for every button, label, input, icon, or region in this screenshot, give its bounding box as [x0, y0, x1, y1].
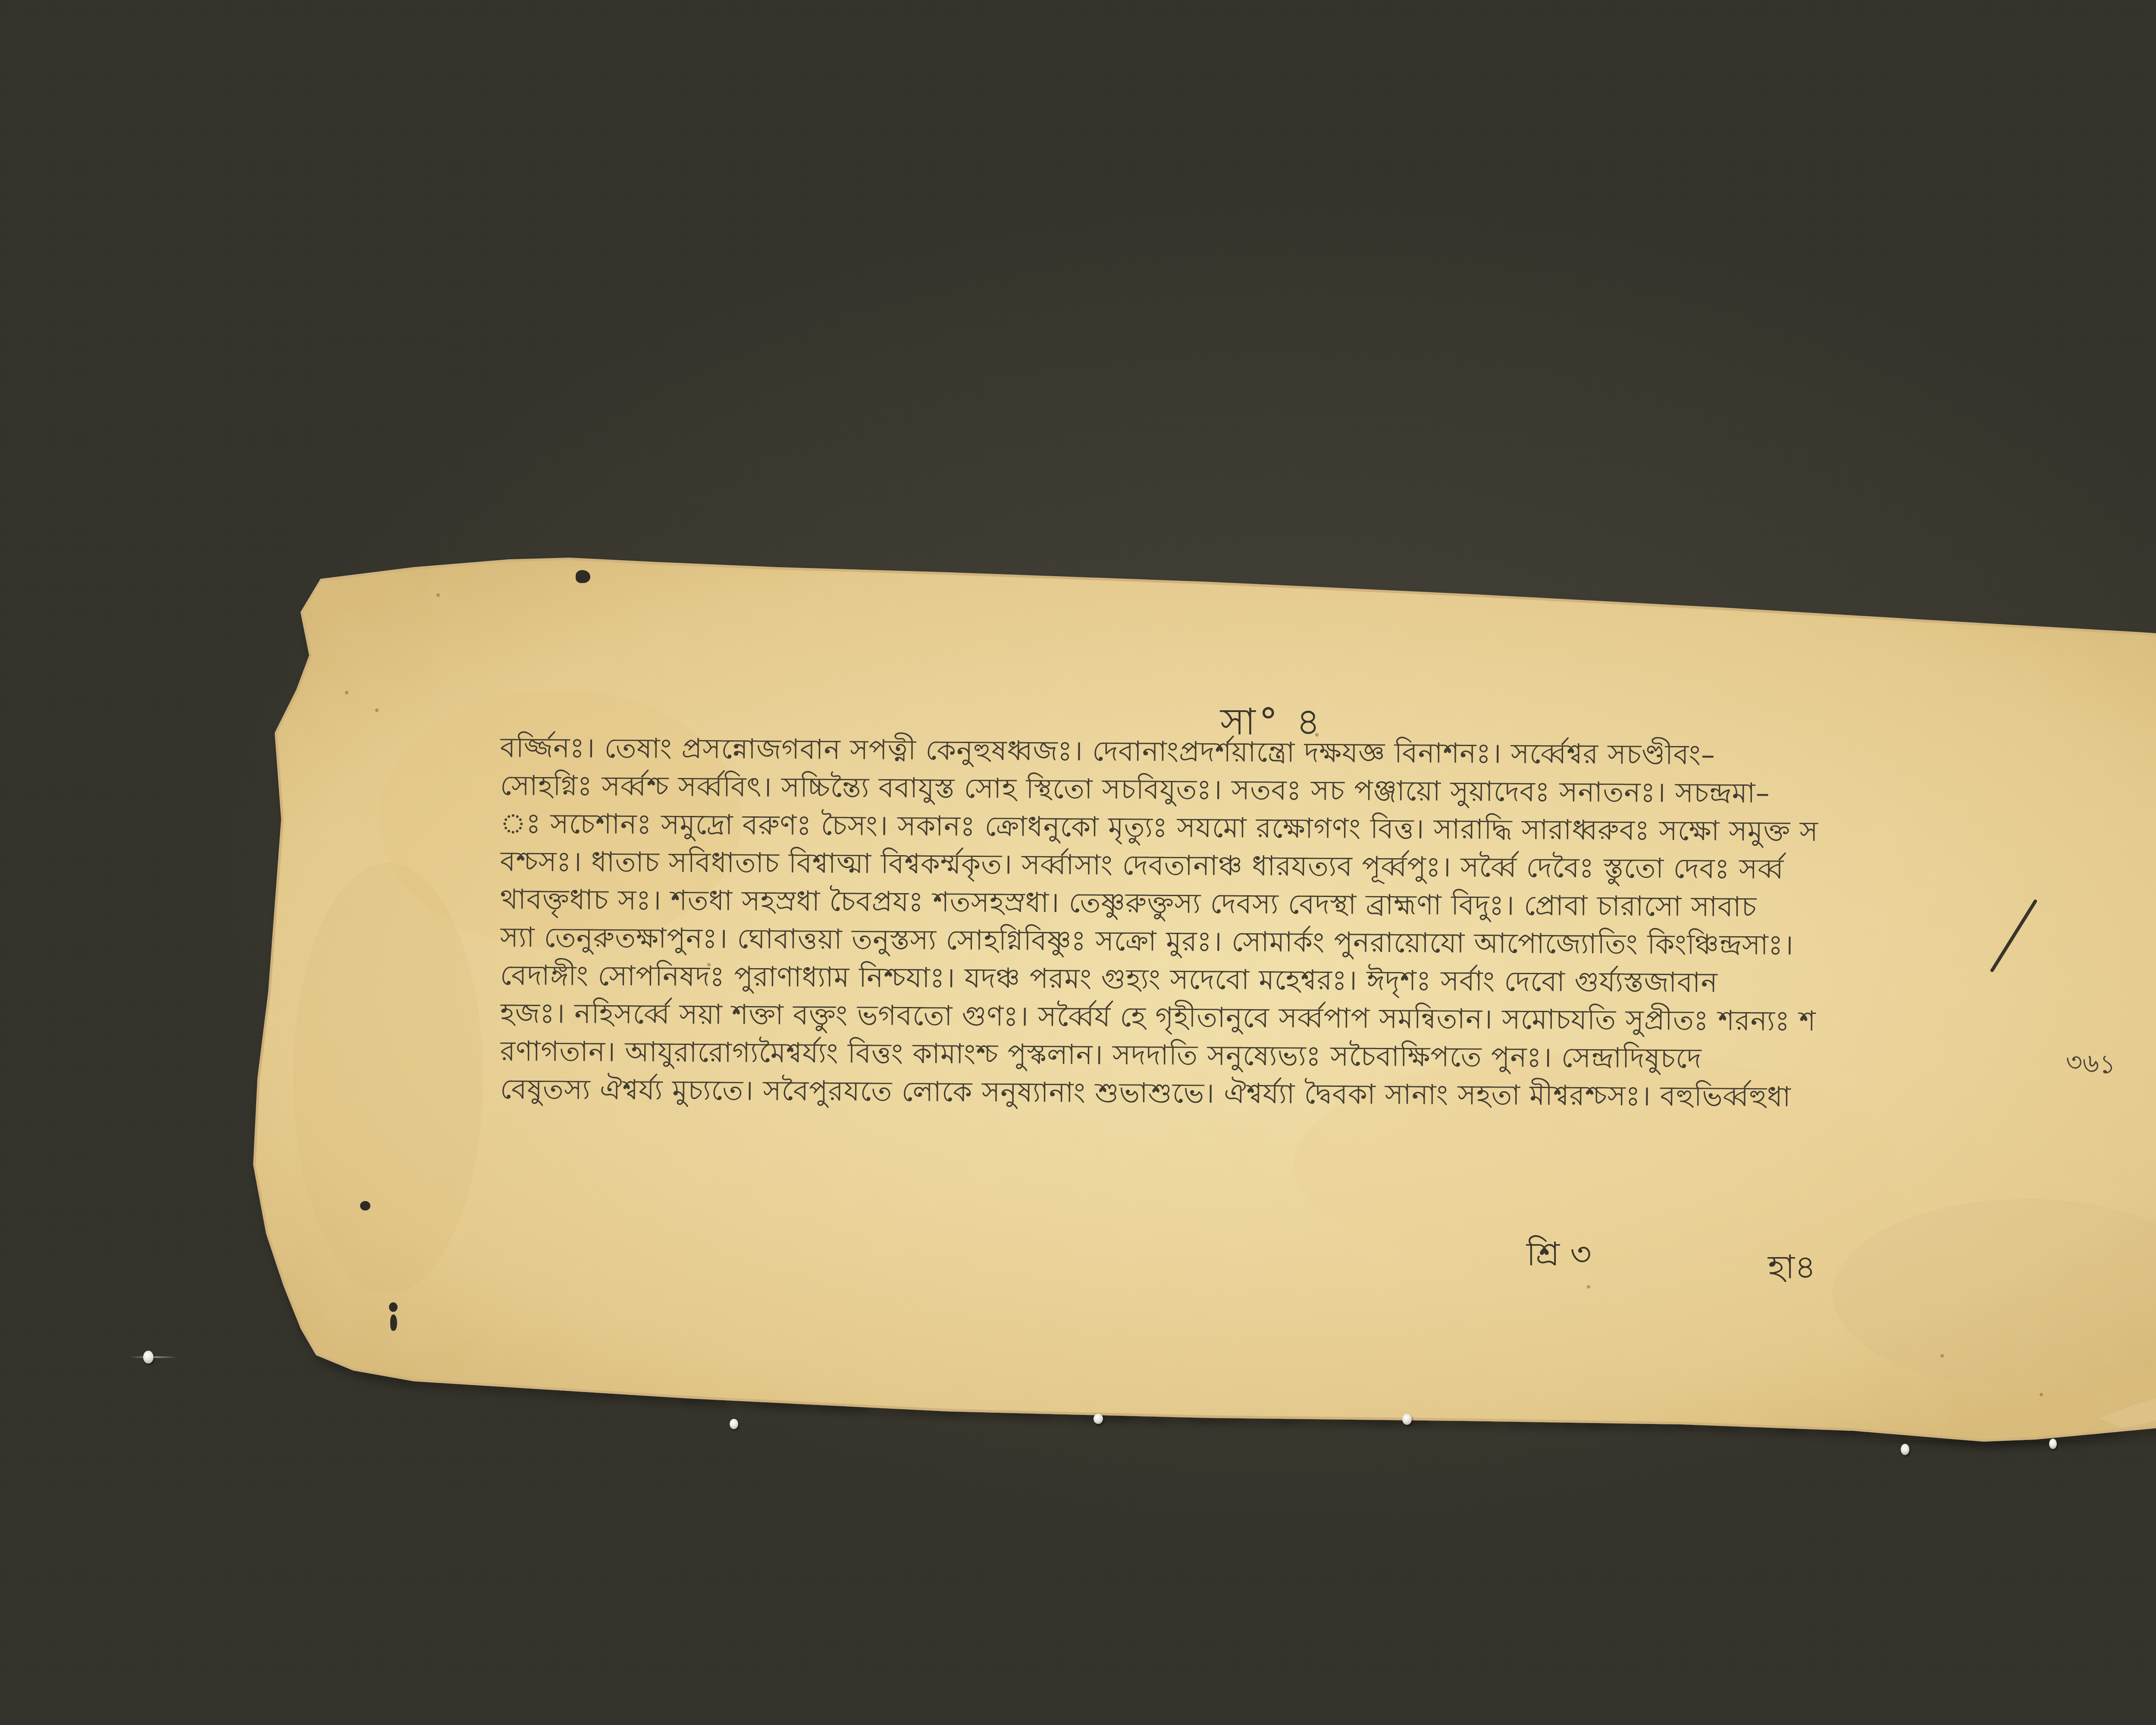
mounting-pin	[2049, 1439, 2057, 1449]
mounting-pin	[1094, 1414, 1103, 1424]
worm-hole	[390, 1314, 397, 1331]
mounting-pin	[143, 1351, 154, 1364]
mounting-pin	[1901, 1444, 1909, 1455]
paper-speck	[345, 691, 348, 694]
footer-marker-right: হা৪	[1768, 1242, 1816, 1297]
mounting-pin	[730, 1419, 738, 1429]
paper-speck	[1587, 1285, 1590, 1289]
paper-speck	[2040, 1393, 2043, 1396]
manuscript-text-block: বর্জ্জিনঃ। তেষাং প্রসন্নোজগবান সপত্নী কে…	[500, 729, 2053, 1108]
paper-speck	[375, 709, 379, 712]
margin-folio-number: ৩৬১	[2064, 1042, 2118, 1088]
paper-speck	[436, 593, 440, 597]
manuscript-folio: সা° ৪ বর্জ্জিনঃ। তেষাং প্রসন্নোজগবান সপত…	[0, 0, 2156, 1725]
ink-blot	[389, 1302, 398, 1312]
worm-hole	[576, 570, 590, 583]
paper-speck	[1940, 1354, 1944, 1358]
correction-stroke-icon	[1984, 897, 2044, 975]
mounting-pin	[1402, 1414, 1412, 1425]
footer-marker-left: শ্রি ৩	[1526, 1229, 1592, 1284]
ink-blot	[360, 1201, 370, 1211]
